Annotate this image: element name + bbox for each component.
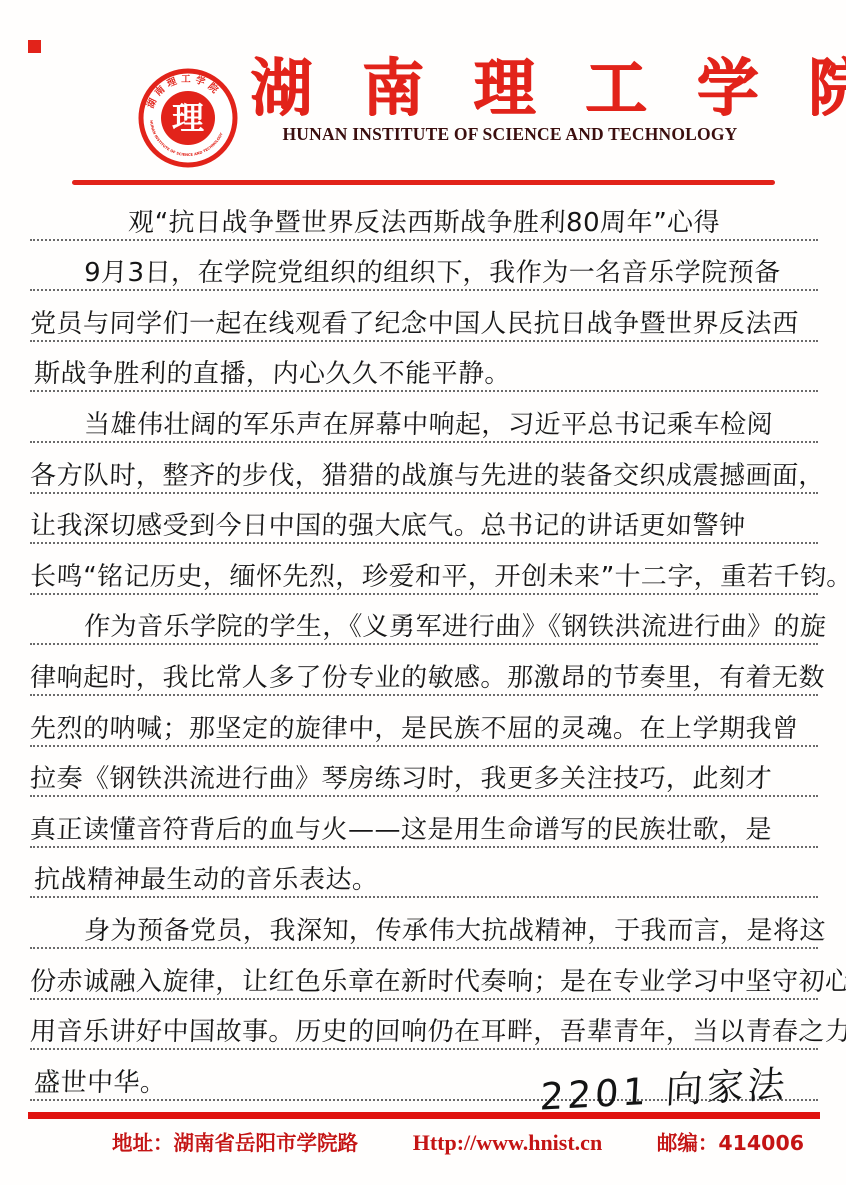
- essay-line: 斯战争胜利的直播，内心久久不能平静。: [30, 342, 818, 393]
- scanned-letterhead-document: 湖南理工学院 HUNAN INSTITUTE OF SCIENCE AND TE…: [0, 0, 846, 1185]
- essay-line: 抗战精神最生动的音乐表达。: [30, 848, 818, 899]
- essay-line: 真正读懂音符背后的血与火——这是用生命谱写的民族壮歌，是: [30, 797, 818, 848]
- footer-address: 地址：湖南省岳阳市学院路: [112, 1126, 358, 1156]
- handwritten-essay: 观“抗日战争暨世界反法西斯战争胜利80周年”心得 9月3日，在学院党组织的组织下…: [30, 190, 818, 1101]
- footer-divider-rule: [28, 1112, 820, 1119]
- essay-line: 身为预备党员，我深知，传承伟大抗战精神，于我而言，是将这: [30, 898, 818, 949]
- red-corner-mark: [28, 40, 41, 53]
- university-seal-logo: 湖南理工学院 HUNAN INSTITUTE OF SCIENCE AND TE…: [138, 68, 238, 168]
- header-divider-rule: [72, 180, 775, 185]
- essay-line: 当雄伟壮阔的军乐声在屏幕中响起，习近平总书记乘车检阅: [30, 392, 818, 443]
- essay-title-text: 观“抗日战争暨世界反法西斯战争胜利80周年”心得: [127, 208, 720, 239]
- essay-line: 让我深切感受到今日中国的强大底气。总书记的讲话更如警钟: [30, 494, 818, 545]
- essay-line: 律响起时，我比常人多了份专业的敏感。那激昂的节奏里，有着无数: [30, 645, 818, 696]
- footer-website-url: Http://www.hnist.cn: [413, 1130, 602, 1156]
- essay-line: 用音乐讲好中国故事。历史的回响仍在耳畔，吾辈青年，当以青春之力，护: [30, 1000, 818, 1051]
- footer-postcode: 邮编：414006: [657, 1126, 804, 1156]
- essay-line: 党员与同学们一起在线观看了纪念中国人民抗日战争暨世界反法西: [30, 291, 818, 342]
- essay-line: 各方队时，整齐的步伐，猎猎的战旗与先进的装备交织成震撼画面，: [30, 443, 818, 494]
- university-name-cn: 湖 南 理 工 学 院: [250, 54, 770, 122]
- essay-line: 长鸣“铭记历史，缅怀先烈，珍爱和平，开创未来”十二字，重若千钧。: [30, 544, 818, 595]
- essay-line: 9月3日，在学院党组织的组织下，我作为一名音乐学院预备: [30, 241, 818, 292]
- letterhead-footer: 地址：湖南省岳阳市学院路 Http://www.hnist.cn 邮编：4140…: [112, 1126, 804, 1156]
- essay-line: 份赤诚融入旋律，让红色乐章在新时代奏响；是在专业学习中坚守初心，: [30, 949, 818, 1000]
- essay-line: 拉奏《钢铁洪流进行曲》琴房练习时，我更多关注技巧，此刻才: [30, 747, 818, 798]
- essay-line: 作为音乐学院的学生，《义勇军进行曲》《钢铁洪流进行曲》的旋: [30, 595, 818, 646]
- essay-line: 先烈的呐喊；那坚定的旋律中，是民族不屈的灵魂。在上学期我曾: [30, 696, 818, 747]
- essay-title-line: 观“抗日战争暨世界反法西斯战争胜利80周年”心得: [30, 190, 818, 241]
- university-name-en: HUNAN INSTITUTE OF SCIENCE AND TECHNOLOG…: [250, 124, 770, 145]
- seal-center-glyph: 理: [172, 99, 204, 137]
- letterhead-header: 湖 南 理 工 学 院 HUNAN INSTITUTE OF SCIENCE A…: [250, 54, 770, 145]
